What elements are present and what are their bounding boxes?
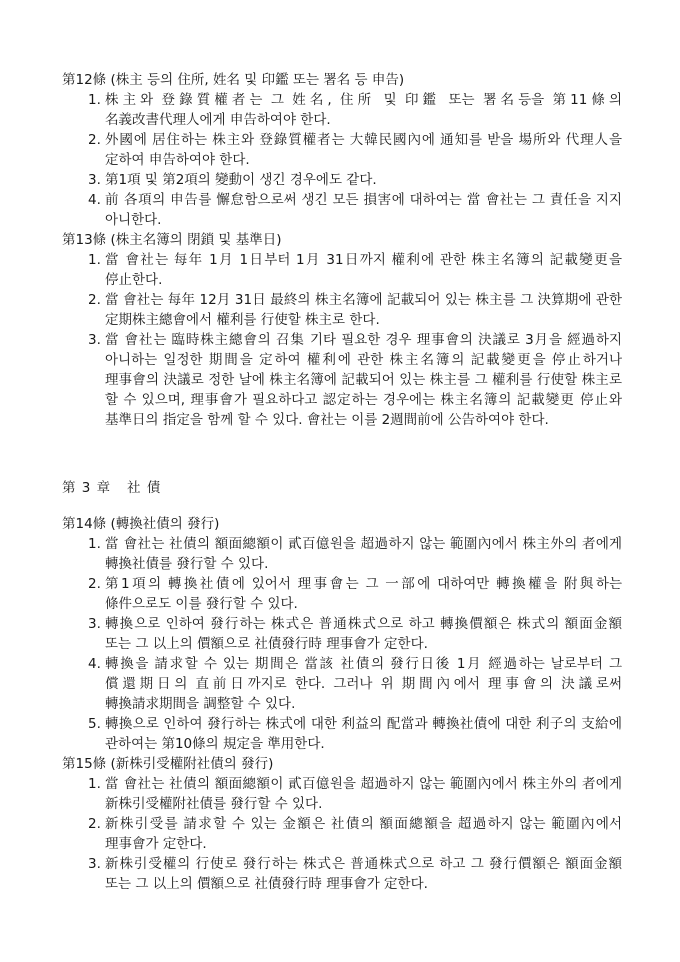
item-number: 1. <box>88 534 105 554</box>
item-number: 1. <box>88 774 105 794</box>
article-15-heading: 第15條 (新株引受權附社債의 發行) <box>62 754 622 774</box>
article-12-item-2: 2.外國에 居住하는 株主와 登錄質權者는 大韓民國內에 通知를 받을 場所와 … <box>88 130 622 170</box>
item-text: 新株引受를 請求할 수 있는 金額은 社債의 額面總額을 超過하지 않는 範圍內… <box>105 814 622 854</box>
item-text: 株主와 登錄質權者는 그 姓名, 住所 및 印鑑 또는 署名등을 第11條의 名… <box>105 90 622 130</box>
item-text: 當 會社는 每年 1月 1日부터 1月 31日까지 權利에 관한 株主名簿의 記… <box>105 250 622 290</box>
item-number: 5. <box>88 714 105 734</box>
item-text: 當 會社는 臨時株主總會의 召集 기타 필요한 경우 理事會의 決議로 3月을 … <box>105 330 622 430</box>
item-text: 第1項 및 第2項의 變動이 생긴 경우에도 같다. <box>105 170 622 190</box>
item-number: 1. <box>88 250 105 270</box>
article-14-item-1: 1.當 會社는 社債의 額面總額이 貳百億원을 超過하지 않는 範圍內에서 株主… <box>88 534 622 574</box>
article-14-item-5: 5.轉換으로 인하여 發行하는 株式에 대한 利益의 配當과 轉換社債에 대한 … <box>88 714 622 754</box>
article-13-item-1: 1.當 會社는 每年 1月 1日부터 1月 31日까지 權利에 관한 株主名簿의… <box>88 250 622 290</box>
document-page: 第12條 (株主 등의 住所, 姓名 및 印鑑 또는 署名 등 申告)1.株主와… <box>0 0 680 962</box>
item-text: 當 會社는 社債의 額面總額이 貳百億원을 超過하지 않는 範圍內에서 株主外의… <box>105 774 622 814</box>
item-number: 1. <box>88 90 105 110</box>
article-12-item-1: 1.株主와 登錄質權者는 그 姓名, 住所 및 印鑑 또는 署名등을 第11條의… <box>88 90 622 130</box>
document-content: 第12條 (株主 등의 住所, 姓名 및 印鑑 또는 署名 등 申告)1.株主와… <box>62 70 622 894</box>
chapter-3-heading: 第 3 章 社 債 <box>62 478 622 498</box>
item-number: 2. <box>88 814 105 834</box>
item-number: 3. <box>88 170 105 190</box>
item-number: 4. <box>88 190 105 210</box>
article-15-item-1: 1.當 會社는 社債의 額面總額이 貳百億원을 超過하지 않는 範圍內에서 株主… <box>88 774 622 814</box>
item-number: 3. <box>88 854 105 874</box>
article-14-heading: 第14條 (轉換社債의 發行) <box>62 514 622 534</box>
item-text: 新株引受權의 行使로 發行하는 株式은 普通株式으로 하고 그 發行價額은 額面… <box>105 854 622 894</box>
article-14-item-2: 2.第1項의 轉換社債에 있어서 理事會는 그 一部에 대하여만 轉換權을 附與… <box>88 574 622 614</box>
item-number: 4. <box>88 654 105 674</box>
item-text: 第1項의 轉換社債에 있어서 理事會는 그 一部에 대하여만 轉換權을 附與하는… <box>105 574 622 614</box>
article-12-item-4: 4.前 各項의 申告를 懈怠함으로써 생긴 모든 損害에 대하여는 當 會社는 … <box>88 190 622 230</box>
article-12-item-3: 3.第1項 및 第2項의 變動이 생긴 경우에도 같다. <box>88 170 622 190</box>
item-number: 3. <box>88 330 105 350</box>
item-text: 當 會社는 社債의 額面總額이 貳百億원을 超過하지 않는 範圍內에서 株主外의… <box>105 534 622 574</box>
item-number: 2. <box>88 130 105 150</box>
item-number: 2. <box>88 574 105 594</box>
item-text: 外國에 居住하는 株主와 登錄質權者는 大韓民國內에 通知를 받을 場所와 代理… <box>105 130 622 170</box>
article-14-item-3: 3.轉換으로 인하여 發行하는 株式은 普通株式으로 하고 轉換價額은 株式의 … <box>88 614 622 654</box>
article-13-item-3: 3.當 會社는 臨時株主總會의 召集 기타 필요한 경우 理事會의 決議로 3月… <box>88 330 622 430</box>
item-number: 2. <box>88 290 105 310</box>
item-text: 前 各項의 申告를 懈怠함으로써 생긴 모든 損害에 대하여는 當 會社는 그 … <box>105 190 622 230</box>
article-15-item-2: 2.新株引受를 請求할 수 있는 金額은 社債의 額面總額을 超過하지 않는 範… <box>88 814 622 854</box>
item-text: 轉換으로 인하여 發行하는 株式에 대한 利益의 配當과 轉換社債에 대한 利子… <box>105 714 622 754</box>
item-text: 當 會社는 每年 12月 31日 最終의 株主名簿에 記載되어 있는 株主를 그… <box>105 290 622 330</box>
item-text: 轉換을 請求할 수 있는 期間은 當該 社債의 發行日後 1月 經過하는 날로부… <box>105 654 622 714</box>
item-text: 轉換으로 인하여 發行하는 株式은 普通株式으로 하고 轉換價額은 株式의 額面… <box>105 614 622 654</box>
article-12-heading: 第12條 (株主 등의 住所, 姓名 및 印鑑 또는 署名 등 申告) <box>62 70 622 90</box>
article-13-heading: 第13條 (株主名簿의 閉鎖 및 基準日) <box>62 230 622 250</box>
article-14-item-4: 4.轉換을 請求할 수 있는 期間은 當該 社債의 發行日後 1月 經過하는 날… <box>88 654 622 714</box>
article-13-item-2: 2.當 會社는 每年 12月 31日 最終의 株主名簿에 記載되어 있는 株主를… <box>88 290 622 330</box>
item-number: 3. <box>88 614 105 634</box>
article-15-item-3: 3.新株引受權의 行使로 發行하는 株式은 普通株式으로 하고 그 發行價額은 … <box>88 854 622 894</box>
